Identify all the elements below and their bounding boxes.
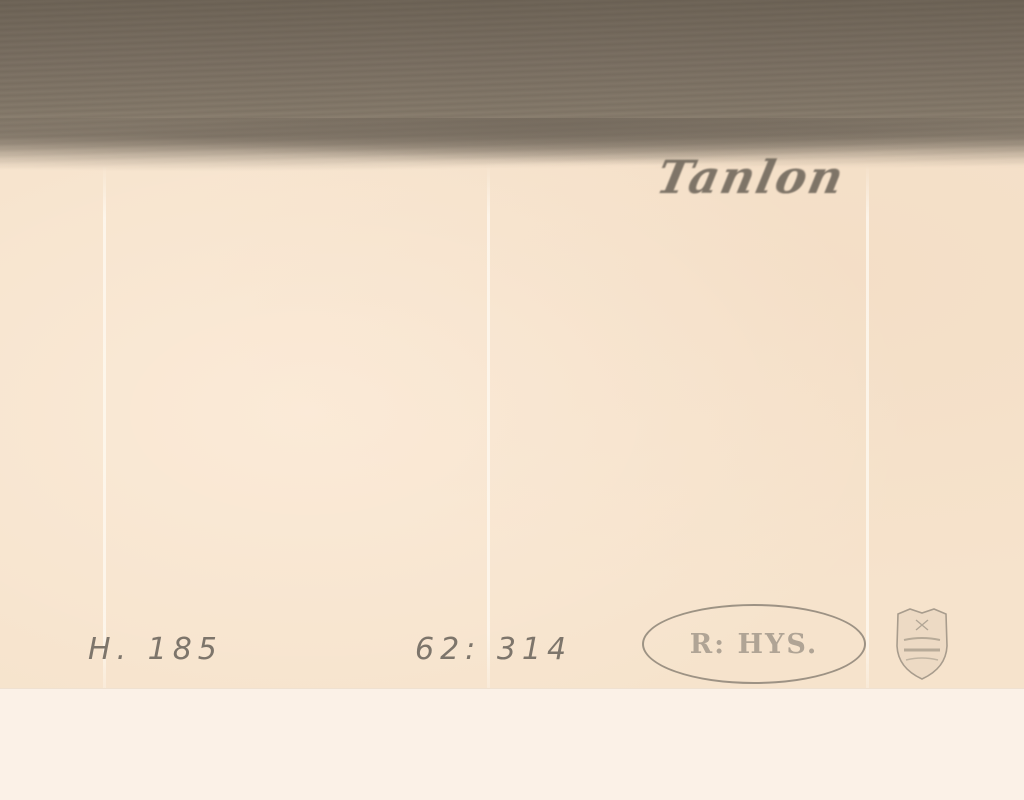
collector-stamp-text: R: HYS.	[690, 629, 819, 660]
collector-stamp-oval: R: HYS.	[642, 604, 866, 684]
artist-signature: Tanlon	[646, 150, 953, 230]
paper-chain-line	[103, 165, 106, 688]
pencil-annotation-left: H. 185	[88, 632, 223, 667]
paper-margin	[0, 688, 1024, 800]
shield-stamp-icon	[892, 606, 952, 682]
pencil-inventory-number: 62: 314	[415, 632, 572, 667]
paper-sheet: Tanlon H. 185 62: 314 R: HYS.	[0, 0, 1024, 688]
paper-chain-line	[487, 165, 490, 688]
paper-chain-line	[866, 165, 869, 688]
